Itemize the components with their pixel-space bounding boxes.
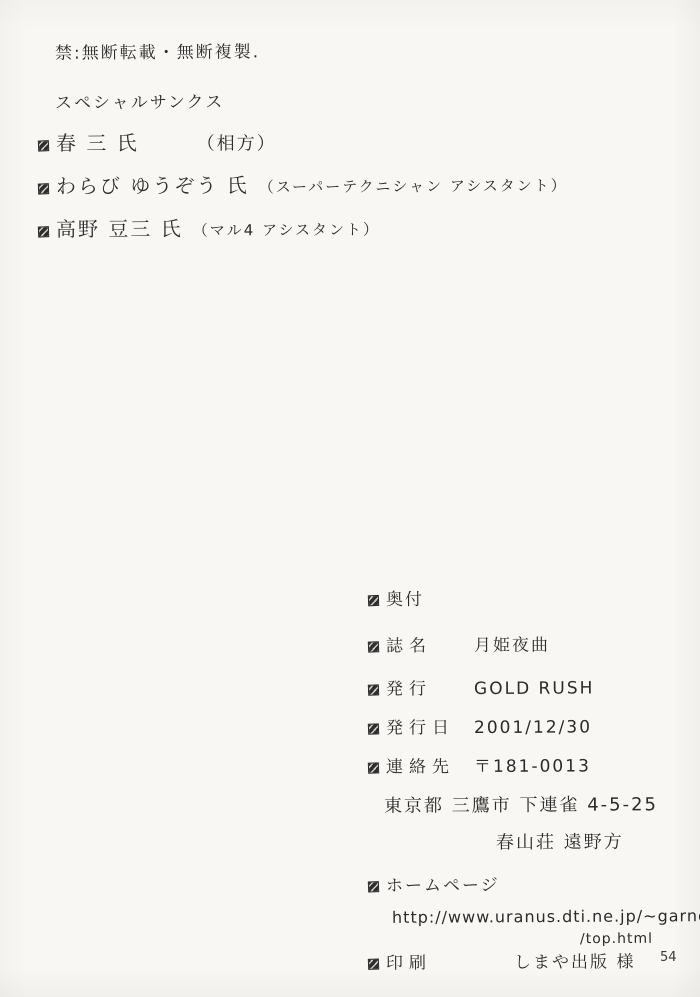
page-number: 54 xyxy=(660,950,677,965)
colophon-value-postal-code: 〒181-0013 xyxy=(474,756,591,777)
bullet-square-icon xyxy=(38,226,49,237)
special-thanks-heading: スペシャルサンクス xyxy=(55,88,224,114)
scanned-colophon-page: 禁:無断転載・無断複製. スペシャルサンクス 春 三 氏（相方） わらび ゆうぞ… xyxy=(0,0,700,997)
colophon-row-contact: 連絡先〒181-0013 xyxy=(368,751,591,777)
colophon-row-homepage: ホームページ xyxy=(368,871,500,897)
homepage-url-line1: http://www.uranus.dti.ne.jp/~garnet xyxy=(392,906,700,927)
bullet-square-icon xyxy=(368,641,379,652)
colophon-heading: 奥付 xyxy=(368,585,424,610)
printer-name: しまや出版 様 xyxy=(514,952,636,973)
bullet-square-icon xyxy=(368,762,379,773)
colophon-value-publisher: GOLD RUSH xyxy=(474,678,594,699)
thanks-item: 高野 豆三 氏（マル4 アシスタント） xyxy=(38,211,568,243)
bullet-square-icon xyxy=(38,183,49,194)
bullet-square-icon xyxy=(38,140,49,151)
colophon-value-date: 2001/12/30 xyxy=(474,717,592,738)
printer-label: 印刷 xyxy=(386,948,474,973)
colophon-row-title: 誌名月姫夜曲 xyxy=(368,631,550,657)
bullet-square-icon xyxy=(368,723,379,734)
bullet-square-icon xyxy=(368,958,379,969)
colophon-label: 発行日 xyxy=(386,713,474,738)
homepage-label: ホームページ xyxy=(386,876,500,897)
colophon-label: 誌名 xyxy=(386,631,474,656)
special-thanks-list: 春 三 氏（相方） わらび ゆうぞう 氏（スーパーテクニシャン アシスタント） … xyxy=(38,126,568,255)
thanks-item: わらび ゆうぞう 氏（スーパーテクニシャン アシスタント） xyxy=(38,168,568,200)
bullet-square-icon xyxy=(368,684,379,695)
colophon-row-publisher: 発行GOLD RUSH xyxy=(368,673,594,699)
thanks-item: 春 三 氏（相方） xyxy=(38,125,568,157)
thanks-name: 高野 豆三 氏 xyxy=(56,217,183,242)
colophon-label: 連絡先 xyxy=(386,752,474,777)
colophon-label: 発行 xyxy=(386,674,474,699)
colophon-heading-label: 奥付 xyxy=(386,590,424,610)
bullet-square-icon xyxy=(368,881,379,892)
bullet-square-icon xyxy=(368,595,379,606)
homepage-url-line2: /top.html xyxy=(580,931,653,947)
colophon-value-title: 月姫夜曲 xyxy=(474,636,550,656)
colophon-block: 奥付 誌名月姫夜曲 発行GOLD RUSH 発行日2001/12/30 連絡先〒… xyxy=(368,585,693,985)
contact-address-line2: 春山荘 遠野方 xyxy=(496,828,624,855)
thanks-role: （相方） xyxy=(197,133,277,154)
colophon-row-date: 発行日2001/12/30 xyxy=(368,712,592,738)
thanks-name: 春 三 氏 xyxy=(56,131,139,155)
thanks-role: （マル4 アシスタント） xyxy=(193,221,380,240)
reproduction-prohibition-notice: 禁:無断転載・無断複製. xyxy=(55,37,260,63)
thanks-role: （スーパーテクニシャン アシスタント） xyxy=(259,177,568,197)
contact-address-line1: 東京都 三鷹市 下連雀 4-5-25 xyxy=(384,790,658,817)
thanks-name: わらび ゆうぞう 氏 xyxy=(56,173,249,198)
colophon-row-printer: 印刷しまや出版 様 xyxy=(368,947,636,973)
